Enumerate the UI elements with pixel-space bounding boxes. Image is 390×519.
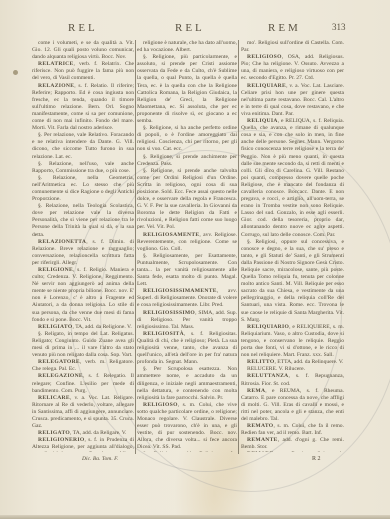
catchword: R 2	[312, 456, 321, 462]
running-head-right: REM	[268, 22, 301, 34]
page-number: 313	[332, 22, 346, 32]
dictionary-entry: REMARE, v. n. Remigare. Spingere la nave…	[241, 451, 344, 452]
signature-mark: Dic. Ba. Tom. F.	[82, 456, 118, 462]
dictionary-entry: §. Relazione, nella Teologia Scolastica,…	[32, 203, 134, 238]
dictionary-entry: RELATRICE, verb. f. Relatrix. Che riferi…	[32, 61, 134, 82]
column-1: come i volumeti, e se da qualità a. Vit.…	[32, 40, 134, 452]
dictionary-entry: REMANTE, add. d'ogni g. Che remi. Bemb. …	[241, 437, 344, 451]
dictionary-entry: §. Relazione, nella Geometria, nell'Arit…	[32, 175, 134, 203]
dictionary-entry: mo'. Religiosi sull'ordine di Castella. …	[241, 40, 344, 54]
dictionary-entry: §. Religato, in tempo del Lat. Religatus…	[32, 331, 134, 359]
column-3: mo'. Religiosi sull'ordine di Castella. …	[241, 40, 344, 452]
dictionary-entry: RELICARE, v. a. Voc. Lat. Religare. Rito…	[32, 395, 134, 430]
dictionary-entry: RELIGIOSISSIMO, SIMA, add. Sup. di Relig…	[137, 310, 237, 331]
dictionary-entry: §. Religione, si prende anchimente per C…	[137, 154, 237, 168]
ink-spot	[13, 70, 18, 75]
dictionary-entry: RELIQUIA, e RELIQUA, s. f. Reliquia. Que…	[241, 118, 344, 239]
dictionary-entry: RELITTO, ETTA, add. da Relinquere. V.	[241, 359, 344, 366]
dictionary-entry: §. Religione, più particolarmente, e ass…	[137, 54, 237, 125]
dictionary-entry: RELEGATORE, verb. m. Religatore. Che rel…	[32, 359, 134, 373]
dictionary-entry: REMATO, s. m. Colui, che fa il remo. Red…	[241, 423, 344, 437]
dictionary-entry: REMA, e REUMA, s. f. Rheuma. Catarro. E …	[241, 388, 344, 423]
dictionary-entry: RELIQUIARIO, e RELIQUIERE, s. m. Reliqui…	[241, 324, 344, 359]
dictionary-entry: §. Per Scrupolosa esattezza. Non ammette…	[137, 366, 237, 401]
dictionary-entry: §. Religione, si ha anche perfetto ordin…	[137, 125, 237, 153]
running-header: REL REL REM 313	[30, 22, 340, 36]
dictionary-entry: §. Religione, si prende anche talvolta c…	[137, 168, 237, 232]
text-columns: come i volumeti, e se da qualità a. Vit.…	[32, 40, 344, 460]
running-head-left: REL	[68, 22, 98, 34]
dictionary-entry: religione è naturale, che ha dato all'uo…	[137, 40, 237, 54]
dictionary-entry: §. Religiosi, oppure sul concessiva, e c…	[241, 239, 344, 324]
running-head-center: REL	[175, 22, 205, 34]
dictionary-entry: RELUTTANZA, s. f. Repugnanza, Ritrosia. …	[241, 373, 344, 387]
dictionary-entry: RELIQUIARE, v. a. Voc. Lat. Lasciare. Ce…	[241, 83, 344, 118]
dictionary-entry: RELIGIOSO, OSA, add. Religiosus. Pio; Ch…	[241, 54, 344, 82]
dictionary-entry: RELIGIOSISSIMAMENTE, avv. Superl. di Rel…	[137, 288, 237, 309]
dictionary-entry: come i volumeti, e se da qualità a. Vit.…	[32, 40, 134, 61]
scanned-page: REL REL REM 313 come i volumeti, e se da…	[0, 0, 390, 519]
dictionary-entry: §. Religioso, add. Religiosus. Lo vedito…	[137, 451, 237, 452]
dictionary-entry: RELIGIONERIO, s. f. in Prudenza di Altez…	[32, 437, 134, 452]
column-divider	[238, 40, 239, 454]
dictionary-entry: RELIGIOSO, s. m. Colui, che vive sotto q…	[137, 402, 237, 452]
dictionary-entry: RELIGIOSITÀ, s. f. Religiositas. Qualità…	[137, 331, 237, 366]
dictionary-entry: RELAZIONE, s. f. Relatio. Il riferire; R…	[32, 83, 134, 133]
column-2: religione è naturale, che ha dato all'uo…	[137, 40, 237, 452]
dictionary-entry: RELIGIONE, s. f. Religio. Maniera e cult…	[32, 267, 134, 324]
dictionary-entry: RELIGIOSAMENTE, avv. Religiose. Reverent…	[137, 232, 237, 253]
page-edge	[0, 515, 390, 519]
dictionary-entry: RELEGAZIONE, s. f. Relegatio. Il relegar…	[32, 373, 134, 394]
dictionary-entry: §. Per relazione, vale Relativo. Foracan…	[32, 132, 134, 160]
dictionary-entry: RELAZIONETTA, s. f. Dimin. di Relazione.…	[32, 239, 134, 267]
dictionary-entry: RELIGIATO, TA, add. da Religione. V.	[32, 324, 134, 331]
dictionary-entry: §. Relazione, nell'uso, vale anche Rappo…	[32, 161, 134, 175]
dictionary-entry: §. Religiosamente, per Esattamente, Punt…	[137, 253, 237, 288]
column-divider	[135, 40, 136, 454]
